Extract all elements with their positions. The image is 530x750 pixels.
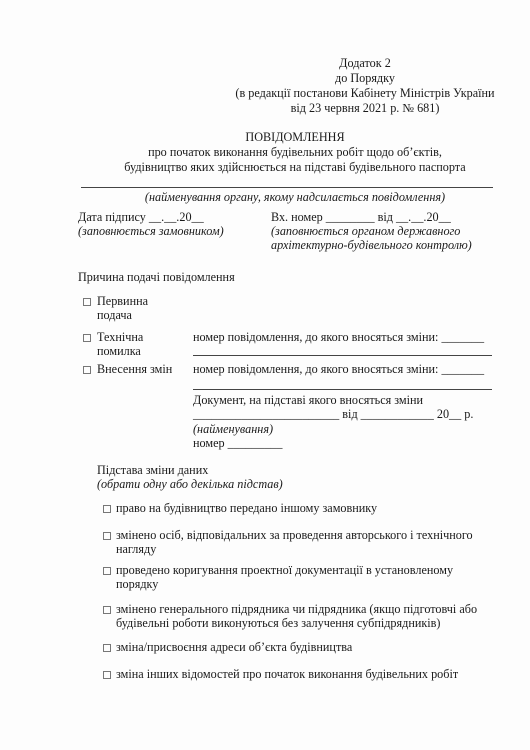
basis-contractor-label-2: будівельні роботи виконуються без залуче… xyxy=(116,616,441,630)
document-subtitle-1: про початок виконання будівельних робіт … xyxy=(60,145,530,159)
reason-changes-checkbox[interactable] xyxy=(83,366,91,374)
appendix-ref: до Порядку xyxy=(200,71,530,85)
basis-other-label: зміна інших відомостей про початок викон… xyxy=(116,667,458,681)
basis-other-checkbox[interactable] xyxy=(103,671,111,679)
reason-heading: Причина подачі повідомлення xyxy=(78,270,235,284)
document-number-field[interactable]: номер _________ xyxy=(193,436,283,450)
document-basis-field[interactable]: ________________________ від ___________… xyxy=(193,407,473,421)
document-title: ПОВІДОМЛЕННЯ xyxy=(60,130,530,144)
appendix-title: Додаток 2 xyxy=(200,56,530,70)
reason-initial-checkbox[interactable] xyxy=(83,298,91,306)
basis-supervisors-checkbox[interactable] xyxy=(103,532,111,540)
basis-note: (обрати одну або декілька підстав) xyxy=(97,477,283,491)
basis-supervisors-label-1: змінено осіб, відповідальних за проведен… xyxy=(116,528,473,542)
document-basis-label: Документ, на підставі якого вносяться зм… xyxy=(193,393,423,407)
basis-design-label-2: порядку xyxy=(116,577,158,591)
appendix-date: від 23 червня 2021 р. № 681) xyxy=(200,101,530,115)
document-subtitle-2: будівництво яких здійснюється на підстав… xyxy=(60,160,530,174)
appendix-resolution: (в редакції постанови Кабінету Міністрів… xyxy=(200,86,530,100)
sign-date-note: (заповнюється замовником) xyxy=(78,224,224,238)
recipient-field-line[interactable] xyxy=(81,187,493,188)
document-basis-caption: (найменування) xyxy=(193,422,273,436)
incoming-number-field[interactable]: Вх. номер ________ від __.__.20__ xyxy=(271,210,451,224)
reason-error-label-1: Технічна xyxy=(97,330,143,344)
error-notice-line[interactable] xyxy=(193,355,492,356)
reason-initial-label-1: Первинна xyxy=(97,294,148,308)
basis-design-checkbox[interactable] xyxy=(103,567,111,575)
reason-error-checkbox[interactable] xyxy=(83,334,91,342)
basis-address-checkbox[interactable] xyxy=(103,644,111,652)
sign-date-field[interactable]: Дата підпису __.__.20__ xyxy=(78,210,204,224)
incoming-note-1: (заповнюється органом державного xyxy=(271,224,460,238)
basis-design-label-1: проведено коригування проектної документ… xyxy=(116,563,453,577)
basis-supervisors-label-2: нагляду xyxy=(116,542,156,556)
error-notice-number-field[interactable]: номер повідомлення, до якого вносяться з… xyxy=(193,330,484,344)
basis-contractor-label-1: змінено генерального підрядника чи підря… xyxy=(116,602,477,616)
changes-notice-number-field[interactable]: номер повідомлення, до якого вносяться з… xyxy=(193,362,484,376)
reason-changes-label: Внесення змін xyxy=(97,362,172,376)
reason-error-label-2: помилка xyxy=(97,344,141,358)
reason-initial-label-2: подача xyxy=(97,308,132,322)
incoming-note-2: архітектурно-будівельного контролю) xyxy=(271,238,472,252)
basis-heading: Підстава зміни даних xyxy=(97,463,208,477)
basis-transfer-checkbox[interactable] xyxy=(103,505,111,513)
basis-transfer-label: право на будівництво передано іншому зам… xyxy=(116,501,377,515)
changes-notice-line[interactable] xyxy=(193,389,492,390)
basis-contractor-checkbox[interactable] xyxy=(103,606,111,614)
basis-address-label: зміна/присвоєння адреси об’єкта будівниц… xyxy=(116,640,352,654)
recipient-caption: (найменування органу, якому надсилається… xyxy=(60,190,530,204)
